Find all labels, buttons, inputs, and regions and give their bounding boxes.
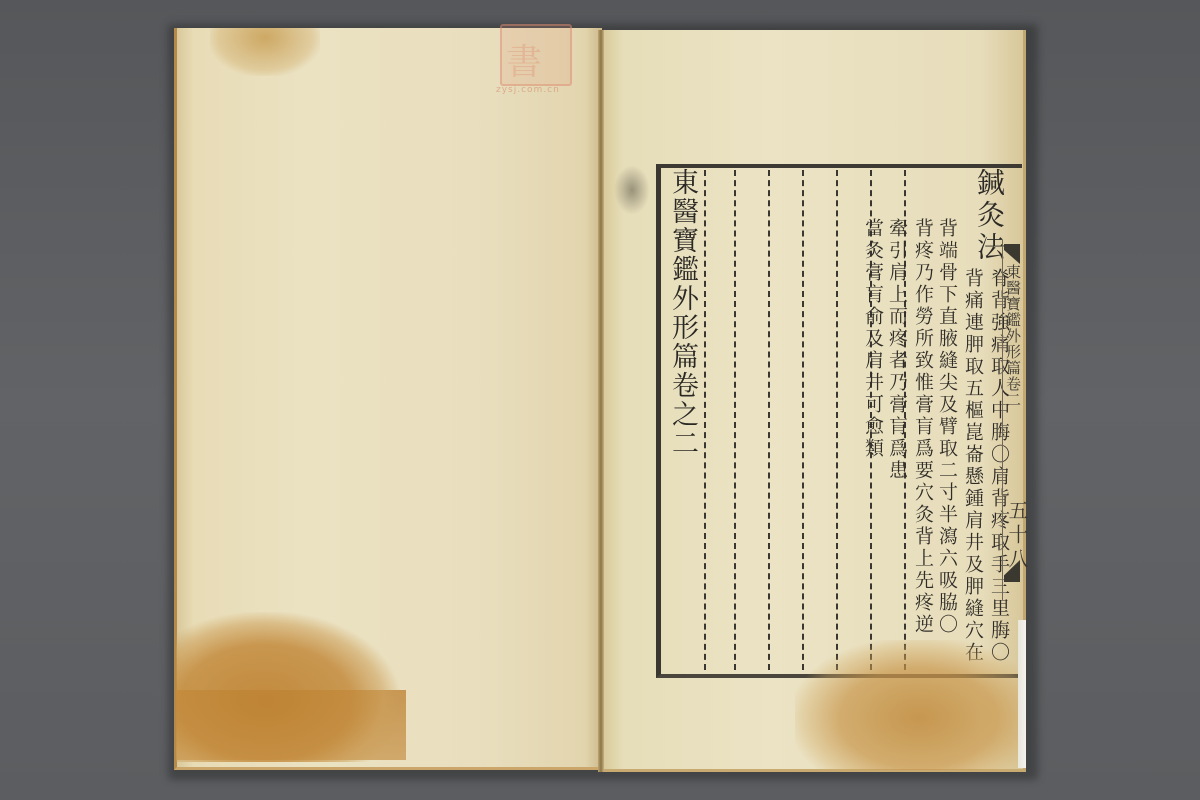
title-column: 東醫寶鑑外形篇卷之二 (664, 168, 700, 668)
text-column-3: 背端骨下直腋縫尖及臂取二寸半瀉六吸脇〇 (936, 218, 958, 636)
text-column-4: 背疼乃作勞所致惟膏肓爲要穴灸背上先疼逆 (912, 218, 934, 636)
water-stain-top-left (210, 28, 320, 76)
section-heading-column: 鍼灸法 (972, 168, 1006, 264)
ruled-line (836, 170, 838, 670)
text-column-6: 當灸膏肓俞及肩井可愈類 (862, 218, 884, 460)
page-number: 五十八 (1003, 500, 1032, 572)
watermark-text: zysj.com.cn (496, 85, 560, 95)
book-spine (598, 30, 604, 772)
loose-page-edge (1018, 620, 1026, 768)
ruled-line (802, 170, 804, 670)
water-stain-bottom-right (795, 640, 1020, 770)
fold-title: 東醫寶鑑外形篇卷二 (1003, 264, 1023, 408)
ink-smudge (614, 165, 650, 215)
ruled-line (704, 170, 706, 670)
text-column-2: 背痛連胛取五樞崑崙懸鍾肩井及胛縫穴在 (962, 268, 984, 664)
ruled-line (734, 170, 736, 670)
water-stain-bottom-left (176, 612, 400, 762)
watermark-glyph: 書 (506, 34, 542, 85)
book-title: 東醫寶鑑外形篇卷之二 (664, 168, 700, 458)
text-column-5: 牽引肩上而疼者乃膏肓爲患 (886, 218, 908, 482)
ruled-line (768, 170, 770, 670)
section-heading: 鍼灸法 (972, 168, 1006, 264)
